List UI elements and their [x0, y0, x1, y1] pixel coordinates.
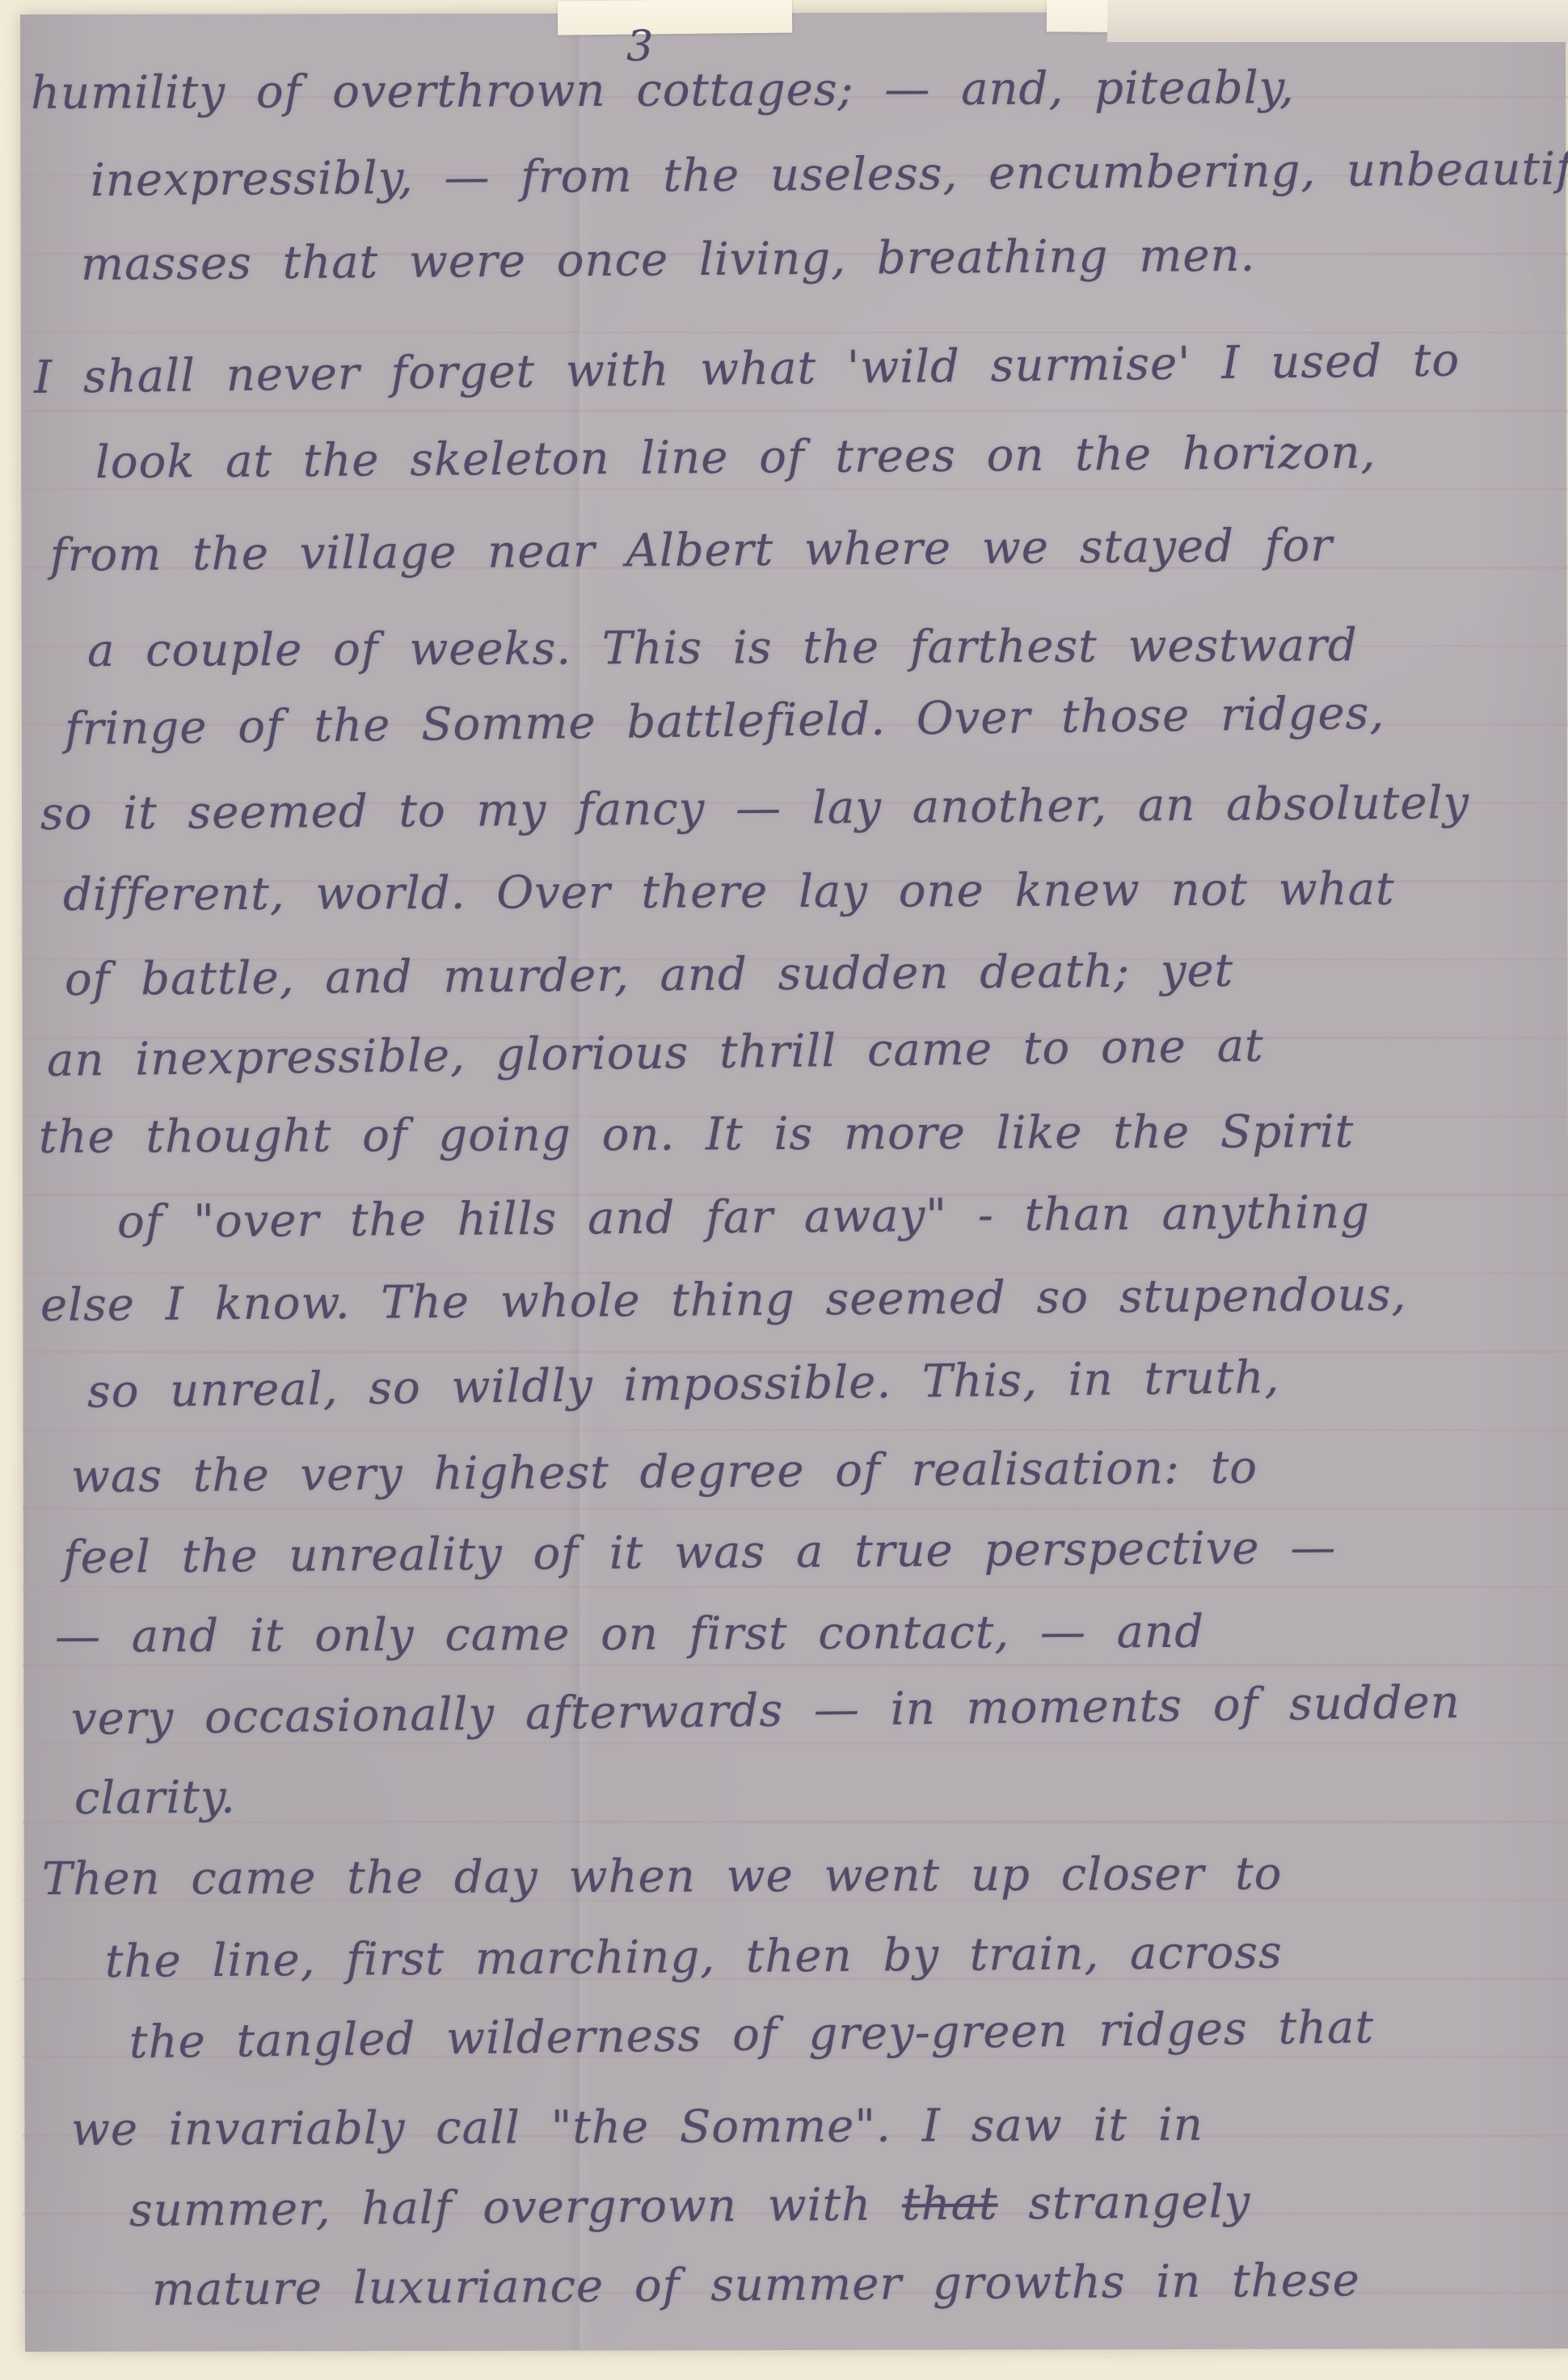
handwriting-line: from the village near Albert where we st…: [50, 524, 1333, 579]
handwriting-line: else I know. The whole thing seemed so s…: [40, 1273, 1407, 1329]
handwriting-line: summer, half overgrown with that strange…: [129, 2180, 1251, 2234]
handwriting-line: of battle, and murder, and sudden death;…: [65, 949, 1234, 1003]
handwriting-line: a couple of weeks. This is the farthest …: [87, 623, 1358, 674]
struck-word: that: [902, 2178, 998, 2231]
handwriting-line: the thought of going on. It is more like…: [39, 1110, 1354, 1161]
tape-strip: [558, 0, 792, 36]
handwriting-line: we invariably call "the Somme". I saw it…: [71, 2103, 1203, 2153]
handwriting-line: the line, first marching, then by train,…: [105, 1931, 1283, 1985]
handwriting-line: — and it only came on first contact, — a…: [55, 1610, 1204, 1660]
handwriting-line: feel the unreality of it was a true pers…: [63, 1526, 1337, 1581]
handwriting-line: humility of overthrown cottages; — and, …: [31, 65, 1295, 116]
handwriting-line: inexpressibly, — from the useless, encum…: [91, 146, 1568, 204]
handwriting-line: so it seemed to my fancy — lay another, …: [40, 781, 1469, 837]
handwriting-line: of "over the hills and far away" - than …: [117, 1190, 1370, 1245]
handwriting-line: Then came the day when we went up closer…: [42, 1851, 1283, 1902]
handwriting-line: look at the skeleton line of trees on th…: [95, 431, 1376, 486]
handwriting-segment: summer, half overgrown with: [129, 2178, 903, 2237]
handwriting-line: masses that were once living, breathing …: [81, 234, 1256, 288]
backing-sheet-edge: [1107, 0, 1568, 42]
handwriting-line: different, world. Over there lay one kne…: [63, 867, 1395, 918]
handwriting-segment: strangely: [997, 2176, 1250, 2230]
handwriting-line: mature luxuriance of summer growths in t…: [152, 2258, 1360, 2313]
handwriting-line: clarity.: [74, 1775, 236, 1822]
handwriting-line: was the very highest degree of realisati…: [71, 1445, 1258, 1500]
